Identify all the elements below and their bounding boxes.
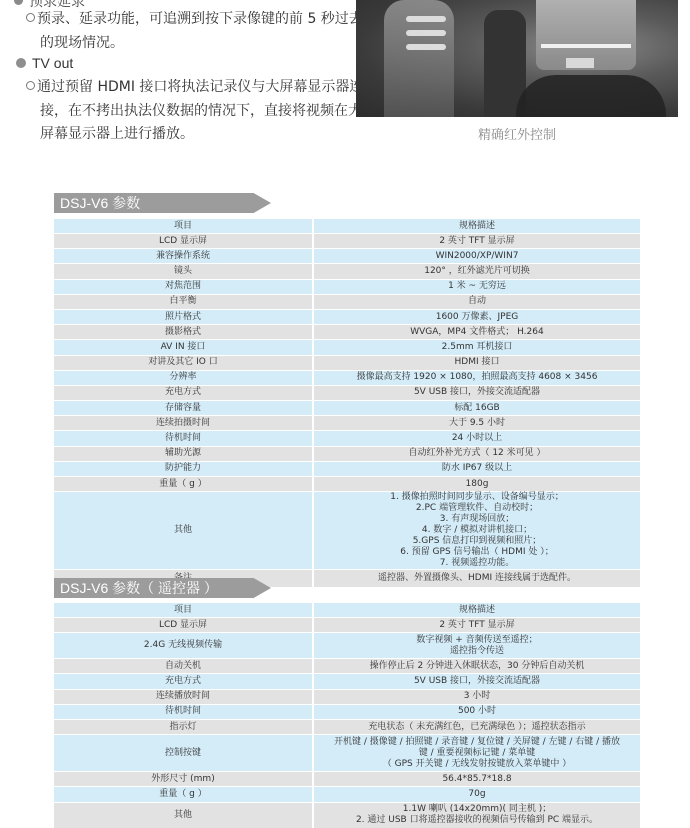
spec-item-value: 规格描述: [314, 219, 640, 234]
table-row: LCD 显示屏2 英寸 TFT 显示屏: [54, 234, 640, 249]
spec-item-value: 5V USB 接口，外接交流适配器: [314, 674, 640, 689]
spec-value-line: 2 英寸 TFT 显示屏: [318, 620, 636, 631]
spec-item-label: 存储容量: [54, 401, 314, 416]
table-row: 充电方式5V USB 接口，外接交流适配器: [54, 674, 640, 689]
spec-item-label: 项目: [54, 603, 314, 618]
photo-license-plate: [566, 58, 594, 68]
table-row: 白平衡自动: [54, 295, 640, 310]
spec-value-line: 120° ，红外滤光片可切换: [318, 266, 636, 277]
spec-item-value: 1.1W 喇叭 (14x20mm)( 同主机 )；2. 通过 USB 口将遥控器…: [314, 803, 640, 828]
spec-value-line: 开机键 / 摄像键 / 拍照键 / 录音键 / 复位键 / 关屏键 / 左键 /…: [318, 737, 636, 748]
spec-item-value: 遥控器、外置摄像头、HDMI 连接线属于选配件。: [314, 570, 640, 588]
bullet-dot-icon: [16, 58, 26, 68]
table-row: 镜头120° ，红外滤光片可切换: [54, 264, 640, 279]
spec-item-value: 2 英寸 TFT 显示屏: [314, 618, 640, 633]
spec-item-label: 其他: [54, 492, 314, 570]
spec-item-value: 500 小时: [314, 705, 640, 720]
hollow-circle-bullet-icon: [26, 13, 35, 22]
table-row: 分辨率摄像最高支持 1920 × 1080，拍照最高支持 4608 × 3456: [54, 371, 640, 386]
table-row: 自动关机操作停止后 2 分钟进入休眠状态，30 分钟后自动关机: [54, 659, 640, 674]
spec-item-label: 白平衡: [54, 295, 314, 310]
feature-desc-line: 预录、延录功能，可追溯到按下录像键的前 5 秒过去: [26, 10, 363, 28]
spec-item-label: LCD 显示屏: [54, 234, 314, 249]
spec-item-label: 防护能力: [54, 462, 314, 477]
table-row: 2.4G 无线视频传输数字视频 + 音频传送至遥控；遥控指令传送: [54, 633, 640, 659]
spec-item-value: 防水 IP67 级以上: [314, 462, 640, 477]
table-row: 项目规格描述: [54, 219, 640, 234]
spec-value-line: 3. 有声现场回放；: [318, 514, 636, 525]
spec-value-line: 2 英寸 TFT 显示屏: [318, 236, 636, 247]
spec-table-remote: 项目规格描述LCD 显示屏2 英寸 TFT 显示屏2.4G 无线视频传输数字视频…: [54, 603, 640, 828]
spec-item-label: 对讲及其它 IO 口: [54, 356, 314, 371]
spec-value-line: 70g: [318, 789, 636, 800]
spec-table-main-body: 项目规格描述LCD 显示屏2 英寸 TFT 显示屏兼容操作系统WIN2000/X…: [54, 219, 640, 588]
table-row: AV IN 接口2.5mm 耳机接口: [54, 340, 640, 355]
spec-item-value: 5V USB 接口，外接交流适配器: [314, 386, 640, 401]
spec-item-value: 1600 万像素、JPEG: [314, 310, 640, 325]
spec-item-value: 180g: [314, 477, 640, 492]
feature-desc-line: 的现场情况。: [40, 34, 124, 52]
table-row: 其他1.1W 喇叭 (14x20mm)( 同主机 )；2. 通过 USB 口将遥…: [54, 803, 640, 828]
table-row: 防护能力防水 IP67 级以上: [54, 462, 640, 477]
spec-item-label: 其他: [54, 803, 314, 828]
spec-value-line: 摄像最高支持 1920 × 1080，拍照最高支持 4608 × 3456: [318, 372, 636, 383]
table-row: 待机时间24 小时以上: [54, 431, 640, 446]
reflective-stripe: [406, 30, 446, 36]
section-banner-remote-specs: DSJ-V6 参数（ 遥控器 ）: [54, 578, 271, 598]
spec-item-value: 1 米 ~ 无穷远: [314, 280, 640, 295]
spec-item-value: 2.5mm 耳机接口: [314, 340, 640, 355]
spec-item-value: HDMI 接口: [314, 356, 640, 371]
table-row: 连续拍摄时间大于 9.5 小时: [54, 416, 640, 431]
table-row: 存储容量标配 16GB: [54, 401, 640, 416]
feature-desc-line: 接，在不拷出执法仪数据的情况下，直接将视频在大: [40, 102, 362, 120]
spec-item-label: 外形尺寸 (mm): [54, 772, 314, 787]
table-row: 项目规格描述: [54, 603, 640, 618]
spec-item-label: 充电方式: [54, 386, 314, 401]
table-row: 兼容操作系统WIN2000/XP/WIN7: [54, 249, 640, 264]
spec-value-line: WIN2000/XP/WIN7: [318, 251, 636, 262]
spec-value-line: 56.4*85.7*18.8: [318, 774, 636, 785]
table-row: 重量（ g ）180g: [54, 477, 640, 492]
spec-value-line: 3 小时: [318, 691, 636, 702]
reflective-stripe: [406, 16, 446, 22]
spec-value-line: 自动: [318, 296, 636, 307]
spec-value-line: 自动红外补光方式（ 12 米可见 ）: [318, 448, 636, 459]
spec-item-value: 24 小时以上: [314, 431, 640, 446]
spec-value-line: 6. 预留 GPS 信号输出（ HDMI 处 ）；: [318, 547, 636, 558]
spec-value-line: 1600 万像素、JPEG: [318, 312, 636, 323]
spec-item-label: 摄影格式: [54, 325, 314, 340]
table-row: 连续播放时间3 小时: [54, 690, 640, 705]
table-row: 其他1. 摄像拍照时间同步显示、设备编号显示；2.PC 端管理软件、自动校时；3…: [54, 492, 640, 570]
spec-item-value: 2 英寸 TFT 显示屏: [314, 234, 640, 249]
spec-value-line: 充电状态（ 未充满红色，已充满绿色 ）；遥控状态指示: [318, 722, 636, 733]
table-row: LCD 显示屏2 英寸 TFT 显示屏: [54, 618, 640, 633]
spec-table-main: 项目规格描述LCD 显示屏2 英寸 TFT 显示屏兼容操作系统WIN2000/X…: [54, 219, 640, 588]
spec-item-label: 指示灯: [54, 720, 314, 735]
spec-value-line: 1.1W 喇叭 (14x20mm)( 同主机 )；: [318, 804, 636, 815]
spec-value-line: 防水 IP67 级以上: [318, 463, 636, 474]
table-row: 摄影格式WVGA，MP4 文件格式； H.264: [54, 325, 640, 340]
spec-item-value: 大于 9.5 小时: [314, 416, 640, 431]
spec-value-line: HDMI 接口: [318, 357, 636, 368]
spec-item-label: 分辨率: [54, 371, 314, 386]
spec-item-value: 自动: [314, 295, 640, 310]
photo-motorbike: [516, 75, 666, 117]
spec-item-label: 待机时间: [54, 431, 314, 446]
table-row: 对讲及其它 IO 口HDMI 接口: [54, 356, 640, 371]
spec-item-label: 重量（ g ）: [54, 787, 314, 802]
spec-item-value: 规格描述: [314, 603, 640, 618]
spec-value-line: WVGA，MP4 文件格式； H.264: [318, 327, 636, 338]
spec-value-line: 5.GPS 信息打印到视频和照片；: [318, 536, 636, 547]
spec-item-label: 控制按键: [54, 735, 314, 772]
table-row: 指示灯充电状态（ 未充满红色，已充满绿色 ）；遥控状态指示: [54, 720, 640, 735]
spec-item-label: 重量（ g ）: [54, 477, 314, 492]
spec-item-value: 自动红外补光方式（ 12 米可见 ）: [314, 447, 640, 462]
spec-item-label: AV IN 接口: [54, 340, 314, 355]
table-row: 外形尺寸 (mm)56.4*85.7*18.8: [54, 772, 640, 787]
feature-desc-line: 通过预留 HDMI 接口将执法记录仪与大屏幕显示器连: [26, 78, 363, 96]
feature-desc-line: 屏幕显示器上进行播放。: [40, 125, 194, 143]
spec-item-label: 镜头: [54, 264, 314, 279]
table-row: 控制按键开机键 / 摄像键 / 拍照键 / 录音键 / 复位键 / 关屏键 / …: [54, 735, 640, 772]
spec-item-value: 充电状态（ 未充满红色，已充满绿色 ）；遥控状态指示: [314, 720, 640, 735]
spec-item-label: 2.4G 无线视频传输: [54, 633, 314, 659]
spec-item-value: 摄像最高支持 1920 × 1080，拍照最高支持 4608 × 3456: [314, 371, 640, 386]
spec-item-value: WVGA，MP4 文件格式； H.264: [314, 325, 640, 340]
spec-item-label: 对焦范围: [54, 280, 314, 295]
photo-truck-stripe: [541, 44, 631, 48]
spec-value-line: 180g: [318, 479, 636, 490]
spec-value-line: 大于 9.5 小时: [318, 418, 636, 429]
spec-item-label: 辅助光源: [54, 447, 314, 462]
table-row: 待机时间500 小时: [54, 705, 640, 720]
spec-item-label: LCD 显示屏: [54, 618, 314, 633]
spec-value-line: 5V USB 接口，外接交流适配器: [318, 676, 636, 687]
spec-item-value: 标配 16GB: [314, 401, 640, 416]
spec-item-label: 待机时间: [54, 705, 314, 720]
table-row: 照片格式1600 万像素、JPEG: [54, 310, 640, 325]
spec-value-line: 500 小时: [318, 706, 636, 717]
hollow-circle-bullet-icon: [26, 81, 35, 90]
bullet-dot-icon: [14, 0, 23, 5]
spec-value-line: 数字视频 + 音频传送至遥控；: [318, 635, 636, 646]
spec-value-line: 24 小时以上: [318, 433, 636, 444]
table-row: 辅助光源自动红外补光方式（ 12 米可见 ）: [54, 447, 640, 462]
spec-value-line: 键 / 重要视频标记键 / 菜单键: [318, 748, 636, 759]
table-row: 对焦范围1 米 ~ 无穷远: [54, 280, 640, 295]
section-banner-specs: DSJ-V6 参数: [54, 193, 271, 213]
spec-item-value: 120° ，红外滤光片可切换: [314, 264, 640, 279]
spec-value-line: 2.5mm 耳机接口: [318, 342, 636, 353]
spec-value-line: 遥控器、外置摄像头、HDMI 连接线属于选配件。: [318, 573, 636, 584]
spec-item-value: 开机键 / 摄像键 / 拍照键 / 录音键 / 复位键 / 关屏键 / 左键 /…: [314, 735, 640, 772]
spec-value-line: 4. 数字 / 模拟对讲机接口；: [318, 525, 636, 536]
spec-value-line: 7. 视频遥控功能。: [318, 558, 636, 569]
spec-table-remote-body: 项目规格描述LCD 显示屏2 英寸 TFT 显示屏2.4G 无线视频传输数字视频…: [54, 603, 640, 828]
spec-item-label: 充电方式: [54, 674, 314, 689]
spec-value-line: 规格描述: [318, 221, 636, 232]
spec-value-line: 2. 通过 USB 口将遥控器接收的视频信号传输到 PC 端显示。: [318, 815, 636, 826]
spec-value-line: 1 米 ~ 无穷远: [318, 281, 636, 292]
photo-caption: 精确红外控制: [356, 124, 678, 143]
feature-heading-tv-out: TV out: [16, 55, 73, 71]
reflective-stripe: [406, 44, 446, 50]
infrared-night-photo: [356, 0, 678, 117]
spec-item-value: 1. 摄像拍照时间同步显示、设备编号显示；2.PC 端管理软件、自动校时；3. …: [314, 492, 640, 570]
spec-item-label: 自动关机: [54, 659, 314, 674]
spec-item-label: 项目: [54, 219, 314, 234]
spec-item-value: 操作停止后 2 分钟进入休眠状态，30 分钟后自动关机: [314, 659, 640, 674]
spec-item-value: 56.4*85.7*18.8: [314, 772, 640, 787]
spec-value-line: 操作停止后 2 分钟进入休眠状态，30 分钟后自动关机: [318, 661, 636, 672]
spec-value-line: 5V USB 接口，外接交流适配器: [318, 387, 636, 398]
table-row: 重量（ g ）70g: [54, 787, 640, 802]
table-row: 充电方式5V USB 接口，外接交流适配器: [54, 386, 640, 401]
feature-text-section: 预录延录 预录、延录功能，可追溯到按下录像键的前 5 秒过去 的现场情况。 TV…: [0, 0, 350, 150]
spec-item-value: 70g: [314, 787, 640, 802]
spec-value-line: 1. 摄像拍照时间同步显示、设备编号显示；: [318, 492, 636, 503]
spec-value-line: 规格描述: [318, 605, 636, 616]
spec-value-line: （ GPS 开关键 / 无线发射按键放入菜单键中 ）: [318, 759, 636, 770]
spec-item-label: 照片格式: [54, 310, 314, 325]
spec-item-label: 连续拍摄时间: [54, 416, 314, 431]
spec-item-label: 连续播放时间: [54, 690, 314, 705]
spec-item-label: 兼容操作系统: [54, 249, 314, 264]
spec-value-line: 标配 16GB: [318, 403, 636, 414]
spec-value-line: 2.PC 端管理软件、自动校时；: [318, 503, 636, 514]
spec-value-line: 遥控指令传送: [318, 646, 636, 657]
spec-item-value: 3 小时: [314, 690, 640, 705]
spec-item-value: 数字视频 + 音频传送至遥控；遥控指令传送: [314, 633, 640, 659]
spec-item-value: WIN2000/XP/WIN7: [314, 249, 640, 264]
